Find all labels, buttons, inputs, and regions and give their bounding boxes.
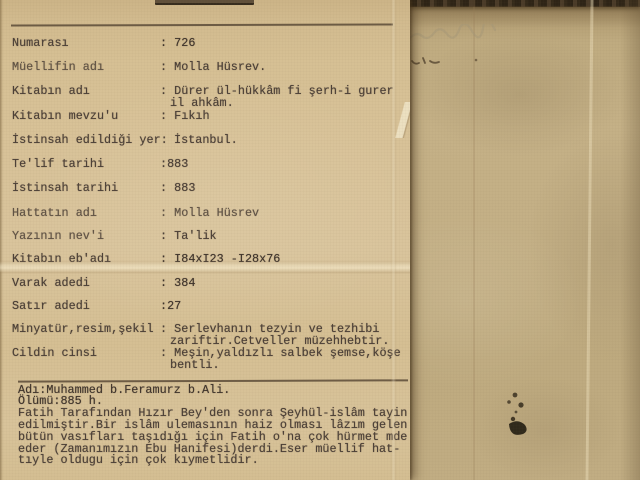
card-fold-crease <box>0 261 410 274</box>
cutoff-title-remnant <box>155 0 254 5</box>
field-value: : Molla Hüsrev. <box>160 61 266 73</box>
field-value-line2: bentli. <box>170 359 220 371</box>
field-label: Varak adedi <box>12 277 90 289</box>
field-label: İstinsah tarihi <box>12 182 118 194</box>
field-value-line2: il ahkâm. <box>170 97 234 109</box>
field-value: : 883 <box>160 182 195 194</box>
field-value: : 726 <box>160 37 195 49</box>
ink-blot <box>500 386 540 443</box>
field-row: Hattatın adı: Molla Hüsrev <box>0 207 410 220</box>
field-value: İstanbul. <box>174 134 238 146</box>
field-label: Te'lif tarihi <box>12 158 104 170</box>
field-row: İstinsah tarihi: 883 <box>0 182 410 195</box>
field-label: Minyatür,resim,şekil <box>12 323 154 335</box>
field-label: Numarası <box>12 37 69 49</box>
field-row: İstinsah edildiği yer:İstanbul. <box>0 134 410 147</box>
field-label: Cildin cinsi <box>12 347 97 359</box>
top-rule <box>11 23 393 26</box>
catalog-card: Numarası: 726 Müellifin adı: Molla Hüsre… <box>0 0 410 480</box>
book-crease <box>585 0 593 480</box>
field-row: Yazının nev'i: Ta'lik <box>0 230 410 243</box>
scanned-catalog-card-photo: Numarası: 726 Müellifin adı: Molla Hüsre… <box>0 0 640 480</box>
card-vertical-crease <box>391 0 396 480</box>
field-row: Varak adedi: 384 <box>0 277 410 290</box>
field-label: Hattatın adı <box>12 207 97 219</box>
field-value: :883 <box>160 158 188 170</box>
field-row: Numarası: 726 <box>0 37 410 50</box>
field-label: Yazının nev'i <box>12 230 104 242</box>
field-value: :27 <box>160 300 181 312</box>
field-row: Kitabın mevzu'u: Fıkıh <box>0 110 410 123</box>
field-label: Satır adedi <box>12 300 90 312</box>
field-label: Kitabın mevzu'u <box>12 110 118 122</box>
field-row: Satır adedi:27 <box>0 300 410 313</box>
handwritten-note-faint <box>403 24 518 77</box>
field-value: : Ta'lik <box>160 230 217 242</box>
card-edge-tear <box>395 102 410 138</box>
field-value: : Molla Hüsrev <box>160 207 259 219</box>
field-value: : 384 <box>160 277 195 289</box>
biography-line: tıyle oldugu için çok kıymetlidir. <box>18 454 259 466</box>
field-value: : Fıkıh <box>160 110 210 122</box>
field-label: İstinsah edildiği yer: <box>12 134 168 146</box>
field-row: Te'lif tarihi:883 <box>0 158 410 171</box>
field-label: Kitabın adı <box>12 85 90 97</box>
field-row: Müellifin adı: Molla Hüsrev. <box>0 61 410 74</box>
field-label: Müellifin adı <box>12 61 104 73</box>
book-right-edge-shade <box>620 0 640 480</box>
